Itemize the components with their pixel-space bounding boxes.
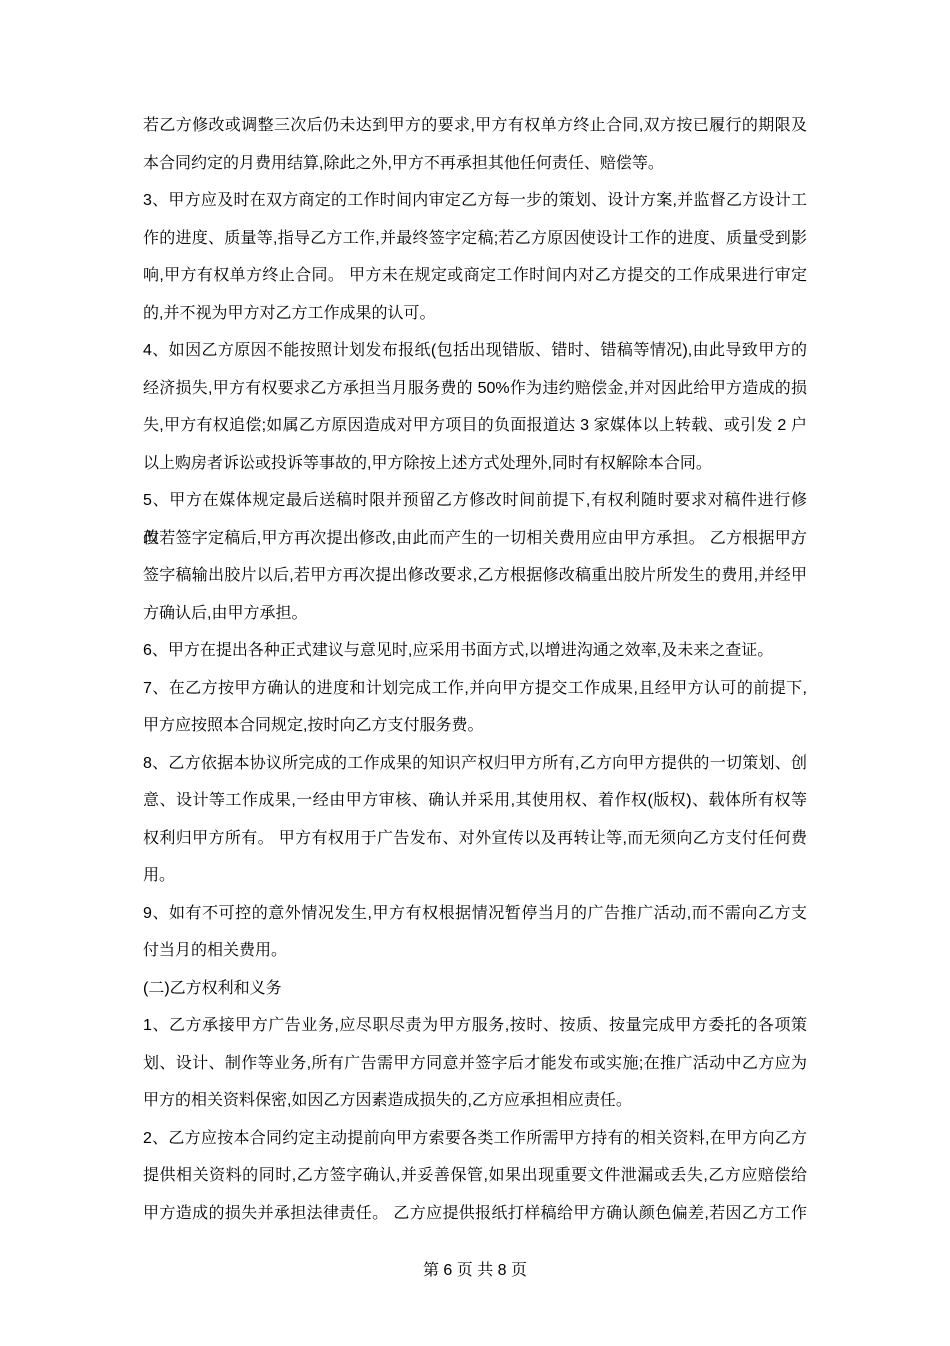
text-line: 方确认后,由甲方承担。: [143, 595, 807, 633]
text-line: 划、设计、制作等业务,所有广告需甲方同意并签字后才能发布或实施;在推广活动中乙方…: [143, 1045, 807, 1083]
text-line: 以上购房者诉讼或投诉等事故的,甲方除按上述方式处理外,同时有权解除本合同。: [143, 445, 807, 483]
text-line: 9、如有不可控的意外情况发生,甲方有权根据情况暂停当月的广告推广活动,而不需向乙…: [143, 895, 807, 933]
document-page: 若乙方修改或调整三次后仍未达到甲方的要求,甲方有权单方终止合同,双方按已履行的期…: [0, 0, 950, 1346]
text-line: 甲方应按照本合同规定,按时向乙方支付服务费。: [143, 707, 807, 745]
text-line: 权利归甲方所有。 甲方有权用于广告发布、对外宣传以及再转让等,而无须向乙方支付任…: [143, 820, 807, 858]
text-line: 5、甲方在媒体规定最后送稿时限并预留乙方修改时间前提下,有权利随时要求对稿件进行…: [143, 482, 807, 520]
text-line: 2、乙方应按本合同约定主动提前向甲方索要各类工作所需甲方持有的相关资料,在甲方向…: [143, 1120, 807, 1158]
text-line: 但若签字定稿后,甲方再次提出修改,由此而产生的一切相关费用应由甲方承担。 乙方根…: [143, 520, 807, 558]
page-number-text: 第 6 页 共 8 页: [423, 1262, 527, 1279]
text-line: 6、甲方在提出各种正式建议与意见时,应采用书面方式,以增进沟通之效率,及未来之查…: [143, 632, 807, 670]
text-line: 3、甲方应及时在双方商定的工作时间内审定乙方每一步的策划、设计方案,并监督乙方设…: [143, 182, 807, 220]
text-line: 用。: [143, 857, 807, 895]
text-line: 甲方的相关资料保密,如因乙方因素造成损失的,乙方应承担相应责任。: [143, 1082, 807, 1120]
text-line: 响,甲方有权单方终止合同。 甲方未在规定或商定工作时间内对乙方提交的工作成果进行…: [143, 257, 807, 295]
text-line: 作的进度、质量等,指导乙方工作,并最终签字定稿;若乙方原因使设计工作的进度、质量…: [143, 220, 807, 258]
text-line: 本合同约定的月费用结算,除此之外,甲方不再承担其他任何责任、赔偿等。: [143, 145, 807, 183]
text-line: 甲方造成的损失并承担法律责任。 乙方应提供报纸打样稿给甲方确认颜色偏差,若因乙方…: [143, 1195, 807, 1233]
document-body: 若乙方修改或调整三次后仍未达到甲方的要求,甲方有权单方终止合同,双方按已履行的期…: [143, 107, 807, 1232]
text-line: 的,并不视为甲方对乙方工作成果的认可。: [143, 295, 807, 333]
page-footer: 第 6 页 共 8 页: [0, 1256, 950, 1286]
text-line: 提供相关资料的同时,乙方签字确认,并妥善保管,如果出现重要文件泄漏或丢失,乙方应…: [143, 1157, 807, 1195]
text-line: 意、设计等工作成果,一经由甲方审核、确认并采用,其使用权、着作权(版权)、载体所…: [143, 782, 807, 820]
text-line: 1、乙方承接甲方广告业务,应尽职尽责为甲方服务,按时、按质、按量完成甲方委托的各…: [143, 1007, 807, 1045]
text-line: 若乙方修改或调整三次后仍未达到甲方的要求,甲方有权单方终止合同,双方按已履行的期…: [143, 107, 807, 145]
text-line: 经济损失,甲方有权要求乙方承担当月服务费的 50%作为违约赔偿金,并对因此给甲方…: [143, 370, 807, 408]
text-line: 付当月的相关费用。: [143, 932, 807, 970]
text-line: 4、如因乙方原因不能按照计划发布报纸(包括出现错版、错时、错稿等情况),由此导致…: [143, 332, 807, 370]
text-line: 签字稿输出胶片以后,若甲方再次提出修改要求,乙方根据修改稿重出胶片所发生的费用,…: [143, 557, 807, 595]
text-line: (二)乙方权利和义务: [143, 970, 807, 1008]
text-line: 8、乙方依据本协议所完成的工作成果的知识产权归甲方所有,乙方向甲方提供的一切策划…: [143, 745, 807, 783]
text-line: 失,甲方有权追偿;如属乙方原因造成对甲方项目的负面报道达 3 家媒体以上转载、或…: [143, 407, 807, 445]
text-line: 7、在乙方按甲方确认的进度和计划完成工作,并向甲方提交工作成果,且经甲方认可的前…: [143, 670, 807, 708]
